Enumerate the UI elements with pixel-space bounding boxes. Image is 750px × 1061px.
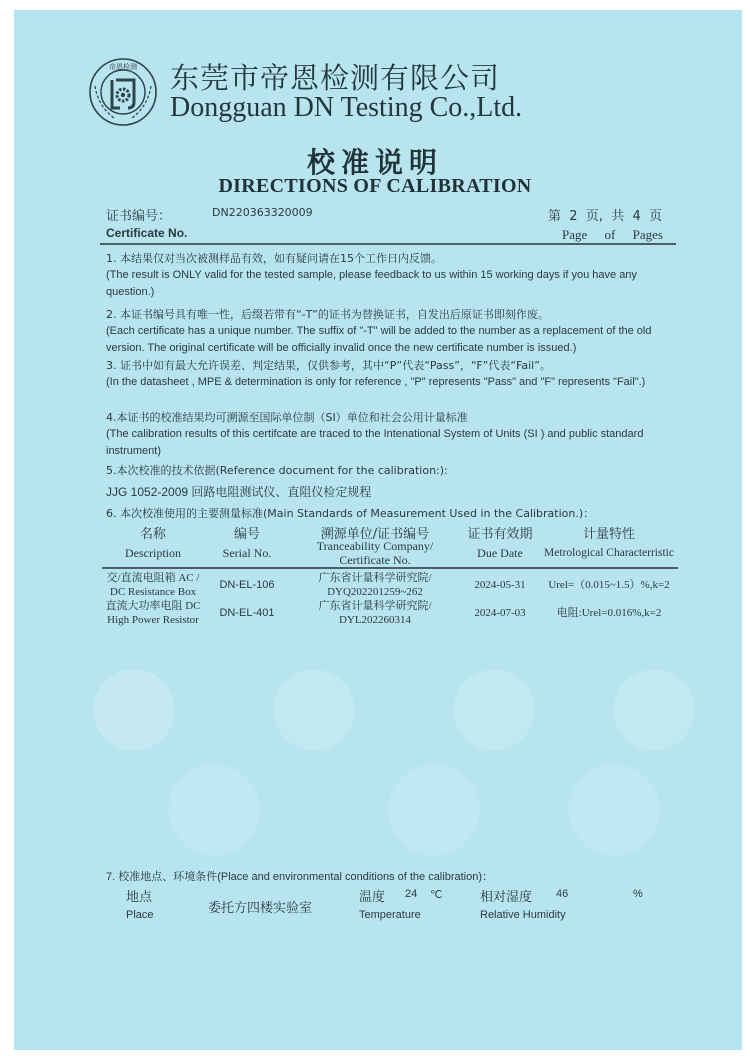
description-cn: 交/直流电阻箱 AC / (102, 571, 204, 585)
table-header-divider (102, 567, 678, 569)
note-item-2: 2. 本证书编号具有唯一性，后缀若带有“-T”的证书为替换证书，自发出后原证书即… (106, 306, 676, 357)
page-label: 页, (586, 205, 603, 224)
total-pages: 4 (633, 209, 641, 224)
header-divider (100, 243, 676, 245)
row-characteristic: 电阻:Urel=0.016%,k=2 (540, 606, 678, 620)
humidity-unit: % (633, 888, 643, 900)
row-traceability: 广东省计量科学研究院/ DYQ202201259~262 (290, 571, 460, 599)
note-1-en: (The result is ONLY valid for the tested… (106, 267, 676, 301)
col-due-date-cn: 证书有效期 (460, 523, 540, 542)
row-traceability: 广东省计量科学研究院/ DYL202260314 (290, 599, 460, 627)
company-logo: 帝恩检测 (86, 56, 160, 128)
row-characteristic: Urel=（0.015~1.5）%,k=2 (540, 578, 678, 592)
note-item-3: 3. 证书中如有最大允许误差、判定结果，仅供参考，其中“P”代表“Pass”，“… (106, 357, 676, 391)
humidity-label-cn: 相对湿度 (480, 886, 532, 905)
certificate-label-en: Certificate No. (106, 226, 187, 240)
description-cn: 直流大功率电阻 DC (102, 599, 204, 613)
note-4-en: (The calibration results of this certifc… (106, 426, 676, 460)
company: 广东省计量科学研究院/ (290, 571, 460, 585)
page-title-en: DIRECTIONS OF CALIBRATION (0, 175, 750, 198)
humidity-label-en: Relative Humidity (480, 909, 566, 921)
description-en: High Power Resistor (102, 613, 204, 627)
col-characteristic-en: Metrological Characterristic (540, 547, 678, 559)
note-5-heading: 5.本次校准的技术依据(Reference document for the c… (106, 462, 676, 479)
col-description-cn: 名称 (102, 523, 204, 542)
row-description: 直流大功率电阻 DC High Power Resistor (102, 599, 204, 627)
certificate-label-cn: 证书编号： (106, 205, 171, 224)
row-serial: DN-EL-106 (204, 578, 290, 592)
note-item-4: 4.本证书的校准结果均可溯源至国际单位制（SI）单位和社会公用计量标准 (The… (106, 409, 676, 460)
company-name-cn: 东莞市帝恩检测有限公司 (170, 56, 500, 97)
note-item-1: 1. 本结果仅对当次被测样品有效，如有疑问请在15个工作日内反馈。 (The r… (106, 250, 676, 301)
page-number: 2 (569, 209, 577, 224)
humidity-value: 46 (556, 888, 568, 900)
place-label-cn: 地点 (126, 886, 152, 905)
col-characteristic-cn: 计量特性 (540, 523, 678, 542)
reference-document: JJG 1052-2009 回路电阻测试仪、直阻仪检定规程 (106, 483, 371, 500)
company-name-en: Dongguan DN Testing Co.,Ltd. (170, 92, 522, 124)
note-3-cn: 3. 证书中如有最大允许误差、判定结果，仅供参考，其中“P”代表“Pass”，“… (106, 357, 676, 374)
table-header-en: Description Serial No. Tranceability Com… (102, 541, 678, 565)
standards-heading-text: 6. 本次校准使用的主要测量标准(Main Standards of Measu… (106, 505, 676, 522)
row-due-date: 2024-05-31 (460, 578, 540, 592)
page-prefix: 第 (548, 205, 561, 224)
col-due-date-en: Due Date (460, 546, 540, 561)
table-row: 交/直流电阻箱 AC / DC Resistance Box DN-EL-106… (102, 571, 678, 599)
gear-emblem-icon: 帝恩检测 (86, 56, 160, 128)
note-2-cn: 2. 本证书编号具有唯一性，后缀若带有“-T”的证书为替换证书，自发出后原证书即… (106, 306, 676, 323)
total-prefix: 共 (611, 205, 624, 224)
temperature-label-en: Temperature (359, 909, 421, 921)
place-label-en: Place (126, 909, 154, 921)
certificate-number: DN220363320009 (212, 206, 313, 219)
table-row: 直流大功率电阻 DC High Power Resistor DN-EL-401… (102, 599, 678, 627)
total-suffix: 页 (649, 205, 662, 224)
col-serial-en: Serial No. (204, 546, 290, 561)
temperature-unit: ℃ (430, 888, 442, 901)
row-due-date: 2024-07-03 (460, 606, 540, 620)
page-indicator-en: Page of Pages (562, 227, 663, 243)
page-indicator-cn: 第 2 页, 共 4 页 (548, 205, 662, 224)
company: 广东省计量科学研究院/ (290, 599, 460, 613)
temperature-value: 24 (405, 888, 417, 900)
col-serial-cn: 编号 (204, 523, 290, 542)
col-description-en: Description (102, 546, 204, 561)
note-3-en: (In the datasheet , MPE & determination … (106, 374, 676, 391)
note-item-5: 5.本次校准的技术依据(Reference document for the c… (106, 462, 676, 479)
conditions-heading: 7. 校准地点、环境条件(Place and environmental con… (106, 868, 493, 884)
note-1-cn: 1. 本结果仅对当次被测样品有效，如有疑问请在15个工作日内反馈。 (106, 250, 676, 267)
place-value: 委托方四楼实验室 (208, 897, 312, 916)
col-traceability-en: Tranceability Company/ Certificate No. (290, 539, 460, 567)
certificate: DYL202260314 (290, 613, 460, 627)
note-4-cn: 4.本证书的校准结果均可溯源至国际单位制（SI）单位和社会公用计量标准 (106, 409, 676, 426)
row-description: 交/直流电阻箱 AC / DC Resistance Box (102, 571, 204, 599)
row-serial: DN-EL-401 (204, 606, 290, 620)
certificate: DYQ202201259~262 (290, 585, 460, 599)
temperature-label-cn: 温度 (359, 886, 385, 905)
description-en: DC Resistance Box (102, 585, 204, 599)
svg-text:帝恩检测: 帝恩检测 (109, 62, 137, 71)
note-2-en: (Each certificate has a unique number. T… (106, 323, 676, 357)
standards-heading: 6. 本次校准使用的主要测量标准(Main Standards of Measu… (106, 505, 676, 522)
